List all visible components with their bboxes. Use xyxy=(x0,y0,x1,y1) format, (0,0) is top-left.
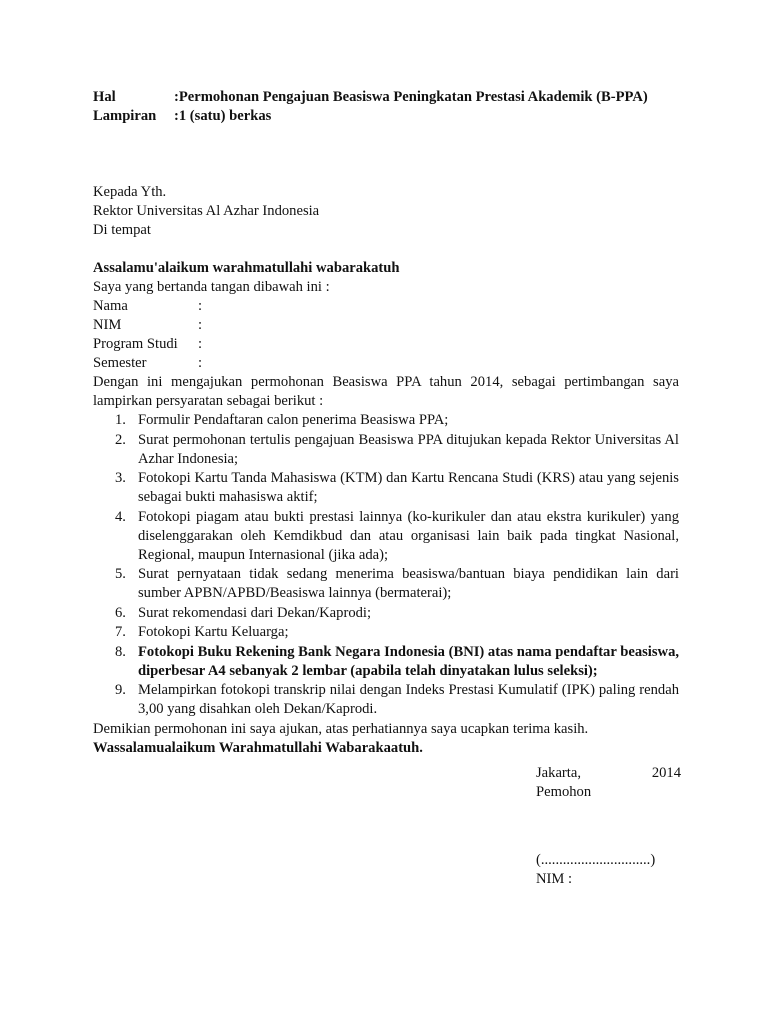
body-paragraph-line-1: Dengan ini mengajukan permohonan Beasisw… xyxy=(93,373,679,392)
signature-block: Jakarta, 2014 Pemohon (.................… xyxy=(536,764,681,889)
spacer xyxy=(93,240,679,259)
signature-city: Jakarta, xyxy=(536,764,581,783)
signature-space xyxy=(536,802,681,851)
requirement-item: 3.Fotokopi Kartu Tanda Mahasiswa (KTM) d… xyxy=(93,469,679,507)
field-separator: : xyxy=(198,297,202,316)
requirements-list: 1.Formulir Pendaftaran calon penerima Be… xyxy=(93,411,679,719)
requirement-item: 9.Melampirkan fotokopi transkrip nilai d… xyxy=(93,681,679,719)
field-label: Program Studi xyxy=(93,335,198,354)
requirement-number: 8. xyxy=(93,643,138,681)
recipient-block: Kepada Yth. Rektor Universitas Al Azhar … xyxy=(93,183,679,240)
field-row-program-studi: Program Studi : xyxy=(93,335,679,354)
greeting: Assalamu'alaikum warahmatullahi wabaraka… xyxy=(93,259,679,278)
requirement-number: 9. xyxy=(93,681,138,719)
letter-body: Hal :Permohonan Pengajuan Beasiswa Penin… xyxy=(93,88,679,758)
recipient-line-2: Rektor Universitas Al Azhar Indonesia xyxy=(93,202,679,221)
recipient-line-3: Di tempat xyxy=(93,221,679,240)
field-label: Semester xyxy=(93,354,198,373)
applicant-fields: Nama : NIM : Program Studi : Semester : xyxy=(93,297,679,373)
attachment-label: Lampiran xyxy=(93,107,174,126)
field-row-semester: Semester : xyxy=(93,354,679,373)
farewell-text: Wassalamualaikum Warahmatullahi Wabaraka… xyxy=(93,739,679,758)
requirement-number: 4. xyxy=(93,508,138,565)
field-row-nim: NIM : xyxy=(93,316,679,335)
requirement-number: 5. xyxy=(93,565,138,603)
closing-text: Demikian permohonan ini saya ajukan, ata… xyxy=(93,720,679,739)
requirement-item: 4.Fotokopi piagam atau bukti prestasi la… xyxy=(93,508,679,565)
requirement-text: Fotokopi Kartu Tanda Mahasiswa (KTM) dan… xyxy=(138,469,679,507)
signature-nim-label: NIM : xyxy=(536,870,681,889)
field-row-nama: Nama : xyxy=(93,297,679,316)
subject-label: Hal xyxy=(93,88,174,107)
requirement-item: 7.Fotokopi Kartu Keluarga; xyxy=(93,623,679,642)
requirement-text: Surat rekomendasi dari Dekan/Kaprodi; xyxy=(138,604,679,623)
requirement-item: 5.Surat pernyataan tidak sedang menerima… xyxy=(93,565,679,603)
intro-text: Saya yang bertanda tangan dibawah ini : xyxy=(93,278,679,297)
requirement-number: 2. xyxy=(93,431,138,469)
requirement-text: Surat permohonan tertulis pengajuan Beas… xyxy=(138,431,679,469)
requirement-number: 1. xyxy=(93,411,138,430)
requirement-item: 1.Formulir Pendaftaran calon penerima Be… xyxy=(93,411,679,430)
subject-value: :Permohonan Pengajuan Beasiswa Peningkat… xyxy=(174,88,648,107)
requirement-number: 7. xyxy=(93,623,138,642)
body-paragraph-line-2: lampirkan persyaratan sebagai berikut : xyxy=(93,392,679,411)
attachment-value: :1 (satu) berkas xyxy=(174,107,271,126)
signature-role: Pemohon xyxy=(536,783,681,802)
attachment-row: Lampiran :1 (satu) berkas xyxy=(93,107,679,126)
requirement-text: Fotokopi Buku Rekening Bank Negara Indon… xyxy=(138,643,679,681)
place-date-row: Jakarta, 2014 xyxy=(536,764,681,783)
field-separator: : xyxy=(198,316,202,335)
requirement-item: 8.Fotokopi Buku Rekening Bank Negara Ind… xyxy=(93,643,679,681)
requirement-text: Melampirkan fotokopi transkrip nilai den… xyxy=(138,681,679,719)
recipient-line-1: Kepada Yth. xyxy=(93,183,679,202)
requirement-text: Surat pernyataan tidak sedang menerima b… xyxy=(138,565,679,603)
field-separator: : xyxy=(198,354,202,373)
requirement-number: 3. xyxy=(93,469,138,507)
requirement-text: Fotokopi piagam atau bukti prestasi lain… xyxy=(138,508,679,565)
subject-row: Hal :Permohonan Pengajuan Beasiswa Penin… xyxy=(93,88,679,107)
spacer xyxy=(93,126,679,183)
requirement-item: 6.Surat rekomendasi dari Dekan/Kaprodi; xyxy=(93,604,679,623)
requirement-text: Fotokopi Kartu Keluarga; xyxy=(138,623,679,642)
requirement-number: 6. xyxy=(93,604,138,623)
requirement-text: Formulir Pendaftaran calon penerima Beas… xyxy=(138,411,679,430)
signature-name-placeholder: (..............................) xyxy=(536,851,681,870)
field-label: NIM xyxy=(93,316,198,335)
requirement-item: 2.Surat permohonan tertulis pengajuan Be… xyxy=(93,431,679,469)
signature-year: 2014 xyxy=(652,764,681,783)
field-label: Nama xyxy=(93,297,198,316)
field-separator: : xyxy=(198,335,202,354)
